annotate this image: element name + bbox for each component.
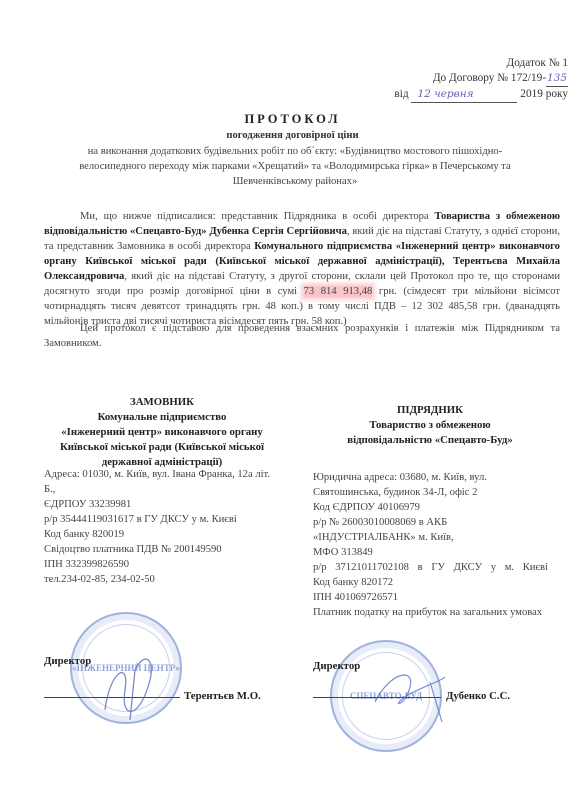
customer-name-line: Комунальне підприємство [44,410,280,425]
customer-sign-title: Директор [44,655,91,667]
contractor-name-line: відповідальністю «Спецавто-Буд» [312,433,548,448]
customer-signature-icon [95,640,165,725]
contractor-name-line: Товариство з обмеженою [312,418,548,433]
customer-account: р/р 35444119031617 в ГУ ДКСУ у м. Києві [44,512,274,527]
contractor-block: ПІДРЯДНИК Товариство з обмеженою відпові… [312,403,548,448]
contractor-details: Юридична адреса: 03680, м. Київ, вул. Св… [313,470,548,620]
customer-signatory: Терентьєв М.О. [184,690,261,702]
contractor-signatory: Дубенко С.С. [446,690,510,702]
contractor-mfo: МФО 313849 [313,545,548,560]
contractor-account-2: р/р 37121011702108 в ГУ ДКСУ у м. Києві [313,560,548,575]
contract-reference: До Договору № 172/19-135 [394,71,568,87]
date-handwritten: 12 червня [411,87,517,103]
customer-name-line: «Інженерний центр» виконавчого органу [44,425,280,440]
customer-name-line: Київської міської ради (Київської місько… [44,440,280,455]
contractor-account-1: р/р № 26003010008069 в АКБ «ІНДУСТРІАЛБА… [313,515,548,545]
document-description: на виконання додаткових будівельних робі… [70,144,520,189]
customer-bank-code: Код банку 820019 [44,527,274,542]
contract-number-handwritten: 135 [546,71,568,87]
contractor-role: ПІДРЯДНИК [312,403,548,418]
contractor-address: Юридична адреса: 03680, м. Київ, вул. Св… [313,470,548,500]
contractor-ipn: ІПН 401069726571 [313,590,548,605]
basis-paragraph: Цей протокол є підставою для проведення … [44,321,560,351]
customer-block: ЗАМОВНИК Комунальне підприємство «Інжене… [44,395,280,470]
contractor-edrpou: Код ЄДРПОУ 40106979 [313,500,548,515]
contractor-tax-status: Платник податку на прибуток на загальних… [313,605,548,620]
contract-date: від 12 червня 2019 року [394,87,568,103]
customer-details: Адреса: 01030, м. Київ, вул. Івана Франк… [44,467,274,587]
document-subtitle: погодження договірної ціни [0,130,585,141]
contractor-sign-title: Директор [313,660,360,672]
contractor-bank-code: Код банку 820172 [313,575,548,590]
customer-role: ЗАМОВНИК [44,395,280,410]
agreement-paragraph: Ми, що нижче підписалися: представник Пі… [44,209,560,329]
customer-phone: тел.234-02-85, 234-02-50 [44,572,274,587]
customer-edrpou: ЄДРПОУ 33239981 [44,497,274,512]
customer-vat-certificate: Свідоцтво платника ПДВ № 200149590 [44,542,274,557]
customer-address: Адреса: 01030, м. Київ, вул. Івана Франк… [44,467,274,497]
document-header: Додаток № 1 До Договору № 172/19-135 від… [394,56,568,103]
contractor-signature-icon [370,662,450,732]
customer-ipn: ІПН 332399826590 [44,557,274,572]
highlighted-amount: 73 814 913,48 [304,286,373,297]
document-title: ПРОТОКОЛ [0,112,585,127]
appendix-label: Додаток № 1 [394,56,568,71]
